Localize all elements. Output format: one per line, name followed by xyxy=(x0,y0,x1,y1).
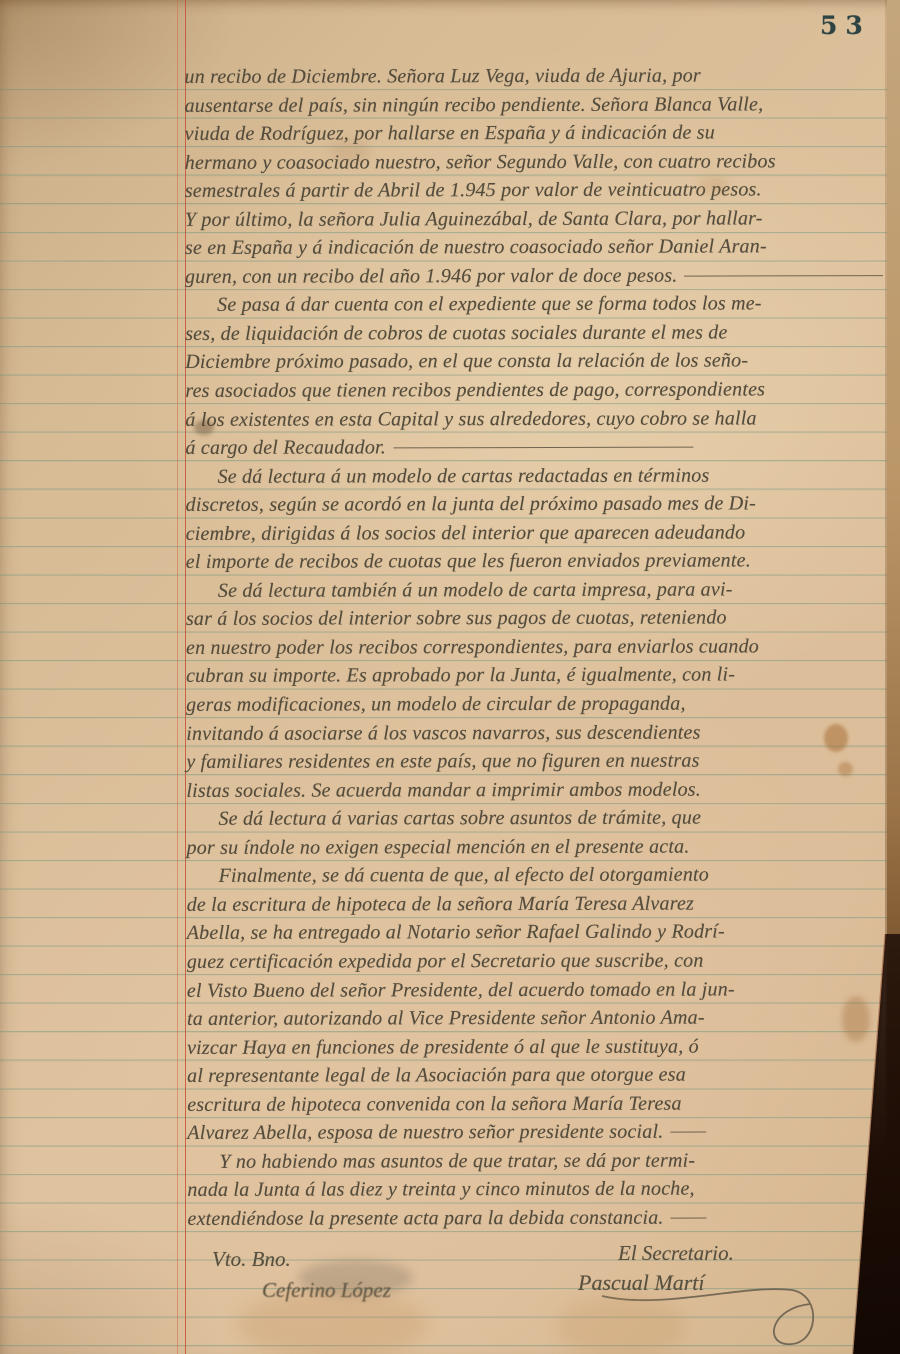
manuscript-line: un recibo de Diciembre. Señora Luz Vega,… xyxy=(184,61,882,91)
manuscript-line: Se dá lectura á un modelo de cartas reda… xyxy=(186,461,884,491)
manuscript-line: Alvarez Abella, esposa de nuestro señor … xyxy=(187,1117,885,1147)
manuscript-line: semestrales á partir de Abril de 1.945 p… xyxy=(185,175,883,205)
manuscript-line: Finalmente, se dá cuenta de que, al efec… xyxy=(187,860,885,890)
manuscript-line: en nuestro poder los recibos correspondi… xyxy=(186,632,884,662)
manuscript-line: ausentarse del país, sin ningún recibo p… xyxy=(185,90,883,120)
manuscript-line: hermano y coasociado nuestro, señor Segu… xyxy=(185,147,883,177)
paper-stain xyxy=(556,1296,686,1354)
manuscript-line: vizcar Haya en funciones de presidente ó… xyxy=(187,1032,885,1062)
manuscript-line: guez certificación expedida por el Secre… xyxy=(187,946,885,976)
manuscript-line: viuda de Rodríguez, por hallarse en Espa… xyxy=(185,118,883,148)
manuscript-line: ta anterior, autorizando al Vice Preside… xyxy=(187,1003,885,1033)
manuscript-line: cubran su importe. Es aprobado por la Ju… xyxy=(186,661,884,691)
secretary-signature: Pascual Martí xyxy=(578,1270,705,1296)
manuscript-line: Se pasa á dar cuenta con el expediente q… xyxy=(185,289,883,319)
manuscript-line: geras modificaciones, un modelo de circu… xyxy=(186,689,884,719)
president-signature: Ceferino López xyxy=(262,1278,391,1303)
manuscript-line: y familiares residentes en este país, qu… xyxy=(186,746,884,776)
manuscript-line: ses, de liquidación de cobros de cuotas … xyxy=(185,318,883,348)
manuscript-line: por su índole no exigen especial mención… xyxy=(186,832,884,862)
manuscript-page: 53 un recibo de Diciembre. Señora Luz Ve… xyxy=(0,0,900,1354)
manuscript-line: á los existentes en esta Capital y sus a… xyxy=(185,404,883,434)
manuscript-line: el Visto Bueno del señor Presidente, del… xyxy=(187,975,885,1005)
manuscript-line: discretos, según se acordó en la junta d… xyxy=(186,489,884,519)
manuscript-line: Abella, se ha entregado al Notario señor… xyxy=(187,917,885,947)
manuscript-line: guren, con un recibo del año 1.946 por v… xyxy=(185,261,883,291)
manuscript-line: extendiéndose la presente acta para la d… xyxy=(187,1203,885,1233)
manuscript-line: el importe de recibos de cuotas que les … xyxy=(186,546,884,576)
manuscript-line: al representante legal de la Asociación … xyxy=(187,1060,885,1090)
manuscript-line: nada la Junta á las diez y treinta y cin… xyxy=(187,1174,885,1204)
page-number: 53 xyxy=(820,13,871,38)
vto-bno-label: Vto. Bno. xyxy=(212,1247,291,1272)
manuscript-line: sar á los socios del interior sobre sus … xyxy=(186,603,884,633)
manuscript-line: listas sociales. Se acuerda mandar a imp… xyxy=(186,775,884,805)
manuscript-line: Y no habiendo mas asuntos de que tratar,… xyxy=(187,1146,885,1176)
manuscript-line: invitando á asociarse á los vascos navar… xyxy=(186,718,884,748)
manuscript-line: Y por último, la señora Julia Aguinezába… xyxy=(185,204,883,234)
manuscript-line: Se dá lectura á varias cartas sobre asun… xyxy=(186,803,884,833)
manuscript-line: ciembre, dirigidas á los socios del inte… xyxy=(186,518,884,548)
manuscript-line: se en España y á indicación de nuestro c… xyxy=(185,232,883,262)
manuscript-line: á cargo del Recaudador. xyxy=(185,432,883,462)
manuscript-line: Se dá lectura también á un modelo de car… xyxy=(186,575,884,605)
secretary-label: El Secretario. xyxy=(618,1241,734,1266)
manuscript-line: Diciembre próximo pasado, en el que cons… xyxy=(185,347,883,377)
manuscript-line: de la escritura de hipoteca de la señora… xyxy=(187,889,885,919)
manuscript-line: escritura de hipoteca convenida con la s… xyxy=(187,1089,885,1119)
manuscript-line: res asociados que tienen recibos pendien… xyxy=(185,375,883,405)
handwritten-text-block: un recibo de Diciembre. Señora Luz Vega,… xyxy=(184,61,885,1233)
